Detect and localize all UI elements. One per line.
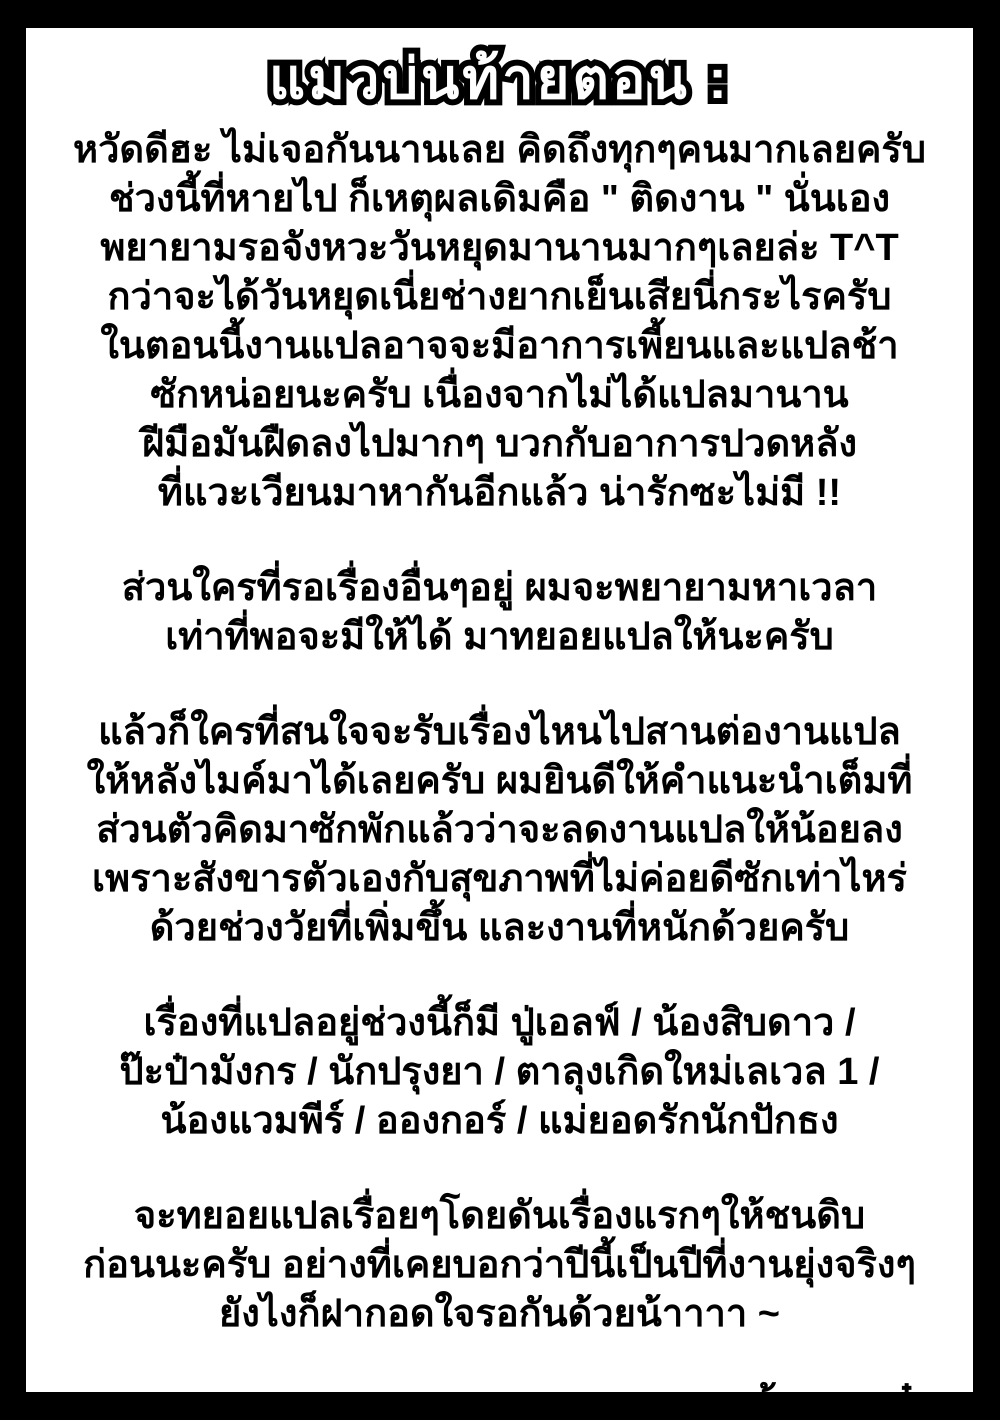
text-line: ในตอนนี้งานแปลอาจจะมีอาการเพี้ยนและแปลช้…	[26, 322, 973, 371]
paragraph-handover-offer: แล้วก็ใครที่สนใจจะรับเรื่องไหนไปสานต่องา…	[26, 708, 973, 953]
text-line: เท่าที่พอจะมีให้ได้ มาทยอยแปลให้นะครับ	[26, 613, 973, 662]
title-row: แมวบ่นท้ายตอน :	[26, 44, 973, 114]
text-line: หวัดดีฮะ ไม่เจอกันนานเลย คิดถึงทุกๆคนมาก…	[26, 126, 973, 175]
text-line: ส่วนใครที่รอเรื่องอื่นๆอยู่ ผมจะพยายามหา…	[26, 564, 973, 613]
text-line: ป๊ะป๋ามังกร / นักปรุงยา / ตาลุงเกิดใหม่เ…	[26, 1048, 973, 1097]
text-line: ซักหน่อยนะครับ เนื่องจากไม่ได้แปลมานาน	[26, 371, 973, 420]
text-line: จะทยอยแปลเรื่อยๆโดยดันเรื่องแรกๆให้ชนดิบ	[26, 1192, 973, 1241]
text-line: ยังไงก็ฝากอดใจรอกันด้วยน้าาาา ~	[26, 1290, 973, 1339]
text-line: แล้วก็ใครที่สนใจจะรับเรื่องไหนไปสานต่องา…	[26, 708, 973, 757]
text-line: ฝีมือมันฝืดลงไปมากๆ บวกกับอาการปวดหลัง	[26, 420, 973, 469]
page-title: แมวบ่นท้ายตอน :	[269, 44, 730, 114]
paragraph-greeting: หวัดดีฮะ ไม่เจอกันนานเลย คิดถึงทุกๆคนมาก…	[26, 126, 973, 518]
text-line: เพราะสังขารตัวเองกับสุขภาพที่ไม่ค่อยดีซั…	[26, 855, 973, 904]
text-line: ที่แวะเวียนมาหากันอีกแล้ว น่ารักซะไม่มี …	[26, 469, 973, 518]
paragraph-closing: จะทยอยแปลเรื่อยๆโดยดันเรื่องแรกๆให้ชนดิบ…	[26, 1192, 973, 1339]
text-line: เรื่องที่แปลอยู่ช่วงนี้ก็มี ปู่เอลฟ์ / น…	[26, 999, 973, 1048]
text-line: ช่วงนี้ที่หายไป ก็เหตุผลเดิมคือ " ติดงาน…	[26, 175, 973, 224]
text-line: พยายามรอจังหวะวันหยุดมานานมากๆเลยล่ะ T^T	[26, 224, 973, 273]
signature: เจ้าแมวเอ๋ย	[26, 1379, 973, 1392]
text-line: กว่าจะได้วันหยุดเนี่ยช่างยากเย็นเสียนี่ก…	[26, 273, 973, 322]
text-line: น้องแวมพีร์ / อองกอร์ / แม่ยอดรักนักปักธ…	[26, 1097, 973, 1146]
text-line: ให้หลังไมค์มาได้เลยครับ ผมยินดีให้คำแนะน…	[26, 757, 973, 806]
text-line: ด้วยช่วงวัยที่เพิ่มขึ้น และงานที่หนักด้ว…	[26, 904, 973, 953]
paragraph-current-series-list: เรื่องที่แปลอยู่ช่วงนี้ก็มี ปู่เอลฟ์ / น…	[26, 999, 973, 1146]
text-line: ส่วนตัวคิดมาซักพักแล้วว่าจะลดงานแปลให้น้…	[26, 806, 973, 855]
text-line: ก่อนนะครับ อย่างที่เคยบอกว่าปีนี้เป็นปีท…	[26, 1241, 973, 1290]
paragraph-other-series: ส่วนใครที่รอเรื่องอื่นๆอยู่ ผมจะพยายามหา…	[26, 564, 973, 662]
translator-note-page: แมวบ่นท้ายตอน : หวัดดีฮะ ไม่เจอกันนานเลย…	[26, 28, 973, 1392]
page-frame: แมวบ่นท้ายตอน : หวัดดีฮะ ไม่เจอกันนานเลย…	[0, 0, 1000, 1420]
